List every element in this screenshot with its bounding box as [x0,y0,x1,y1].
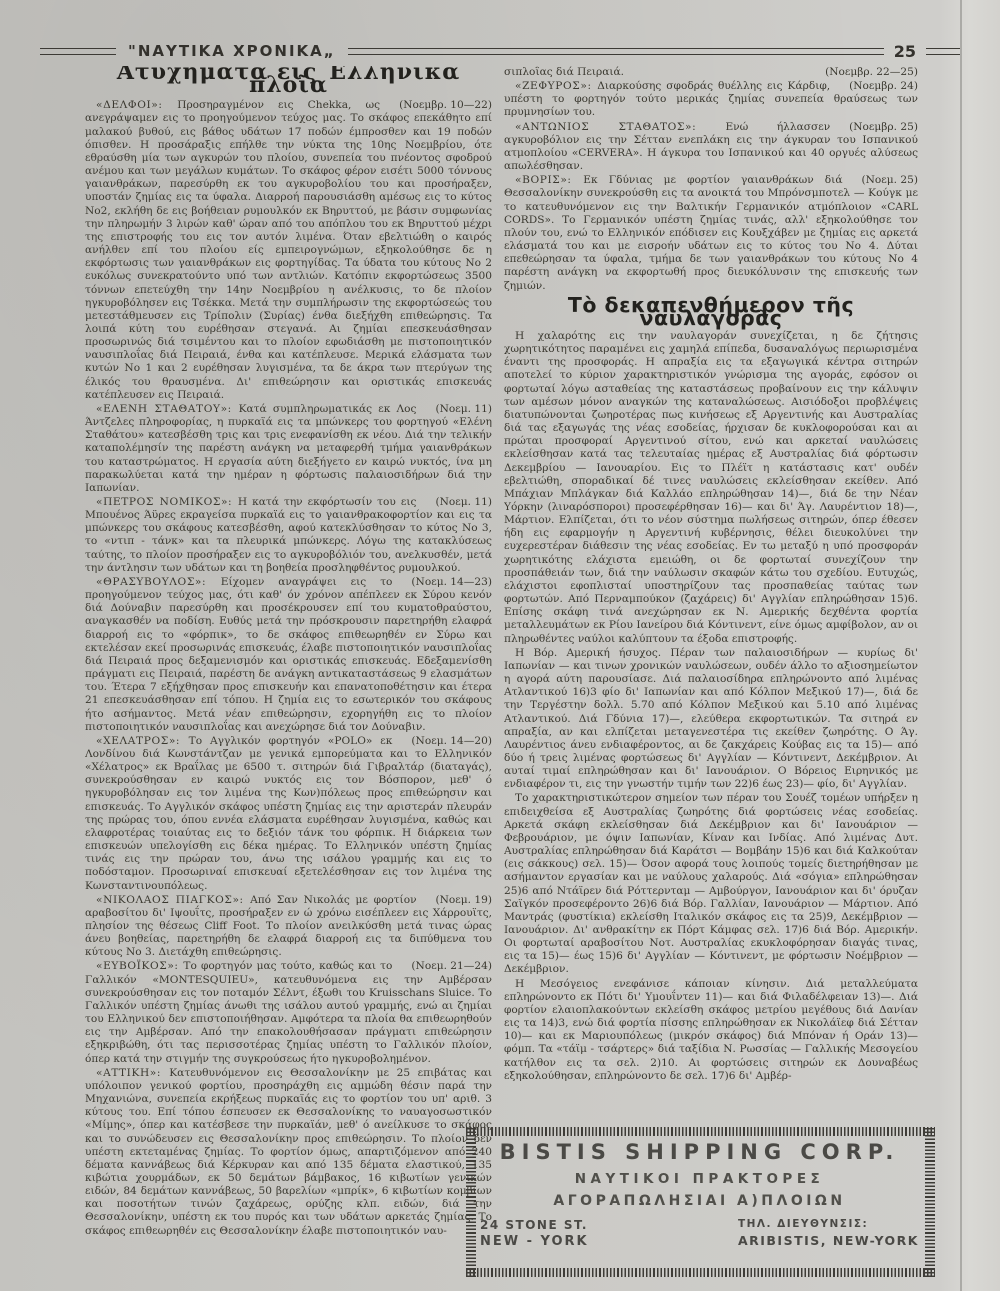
article-date: (Νοεμβρ. 10—22) [380,99,492,112]
magazine-page: "ΝΑΥΤΙΚΑ ΧΡΟΝΙΚΑ„ 25 Ἀτυχήματα εἰς Ἑλλην… [0,0,1000,1291]
freight-paragraph-4: Η Μεσόγειος ενεφάνισε κάποιαν κίνησιν. Δ… [504,978,918,1083]
freight-paragraph-3: Το χαρακτηριστικώτερον σημείον των πέραν… [504,792,918,976]
ship-name: «ΒΟΡΙΣ»: [515,174,583,186]
ad-company-name: BISTIS SHIPPING CORP. [480,1140,919,1164]
page-edge [960,0,962,1291]
ad-border-left [466,1127,476,1277]
article-date: (Νοεμβρ. 22—25) [817,66,918,79]
continuation-text: σιπλοΐας διά Πειραιά. [504,66,624,78]
ad-border-right [925,1127,935,1277]
ad-border-top [466,1127,935,1136]
article-date: (Νοεμ. 14—20) [392,735,492,748]
continuation-paragraph: (Νοεμβρ. 22—25)σιπλοΐας διά Πειραιά. [504,66,918,79]
freight-paragraph-2: Η Βόρ. Αμερική ήσυχος. Πέραν των παλαιοσ… [504,647,918,792]
ad-subtitle-2: ΑΓΟΡΑΠΩΛΗΣΙΑΙ Α)ΠΛΟΙΩΝ [480,1193,919,1209]
rule-middle [348,48,884,55]
ship-name: «ΠΕΤΡΟΣ ΝΟΜΙΚΟΣ»: [96,496,238,508]
ship-name: «ΕΥΒΟΪΚΟΣ»: [96,960,183,972]
ship-name: «ΑΝΤΩΝΙΟΣ ΣΤΑΘΑΤΟΣ»: [515,121,725,133]
accidents-heading: Ἀτυχήματα εἰς Ἑλληνικὰ πλοῖα [85,66,492,92]
article-date: (Νοεμ. 21—24) [392,960,492,973]
article-date: (Νοεμβρ. 25) [830,121,918,134]
ship-name: «ΕΛΕΝΗ ΣΤΑΘΑΤΟΥ»: [96,403,239,415]
article-chelatros: «ΧΕΛΑΤΡΟΣ»:(Νοεμ. 14—20)Το Αγγλικόν φορτ… [85,735,492,893]
running-head: "ΝΑΥΤΙΚΑ ΧΡΟΝΙΚΑ„ 25 [40,40,960,62]
page-number: 25 [884,42,926,61]
article-thrasyvoulos: «ΘΡΑΣΥΒΟΥΛΟΣ»:(Νοεμ. 14—23)Είχομεν αναγρ… [85,576,492,734]
left-column: Ἀτυχήματα εἰς Ἑλληνικὰ πλοῖα «ΔΕΛΦΟΙ»:(Ν… [85,66,492,1276]
right-column: (Νοεμβρ. 22—25)σιπλοΐας διά Πειραιά. «ΖΕ… [504,66,918,1124]
masthead-title: "ΝΑΥΤΙΚΑ ΧΡΟΝΙΚΑ„ [116,42,348,60]
ship-name: «ΑΤΤΙΚΗ»: [96,1067,169,1079]
freight-market-heading: Τὸ δεκαπενθήμερον τῆς ναυλαγορᾶς [504,299,918,325]
ad-address: 24 STONE ST. NEW - YORK [480,1218,589,1249]
rule-left [40,48,116,55]
ad-contact-row: 24 STONE ST. NEW - YORK ΤΗΛ. ΔΙΕΥΘΥΝΣΙΣ:… [480,1218,919,1249]
article-date: (Νοεμ. 19) [416,894,492,907]
article-text: Κατά συμπληρωματικάς εκ Λος Άντζελες πλη… [85,403,492,494]
article-date: (Νοεμ. 25) [842,174,918,187]
ad-content: BISTIS SHIPPING CORP. ΝΑΥΤΙΚΟΙ ΠΡΑΚΤΟΡΕΣ… [480,1138,919,1266]
article-date: (Νοεμ. 14—23) [392,576,492,589]
article-text: Το φορτηγόν μας τούτο, καθώς και το Γαλλ… [85,960,492,1064]
article-text: Προσηραγμένον εις Chekka, ως ανεγράψαμεν… [85,99,492,400]
article-text: Το Αγγλικόν φορτηγόν «POLO» εκ Λονδίνου … [85,735,492,892]
article-evvoikos: «ΕΥΒΟΪΚΟΣ»:(Νοεμ. 21—24)Το φορτηγόν μας … [85,960,492,1065]
ad-telegraph: ΤΗΛ. ΔΙΕΥΘΥΝΣΙΣ: ARIBISTIS, NEW-YORK [738,1218,919,1249]
ship-name: «ΧΕΛΑΤΡΟΣ»: [96,735,189,747]
article-text: Εκ Γδύνιας με φορτίον γαιανθράκων διά Θε… [504,174,918,291]
bistis-advertisement: BISTIS SHIPPING CORP. ΝΑΥΤΙΚΟΙ ΠΡΑΚΤΟΡΕΣ… [466,1127,935,1277]
ship-name: «ΘΡΑΣΥΒΟΥΛΟΣ»: [96,576,221,588]
article-eleni-stathatou: «ΕΛΕΝΗ ΣΤΑΘΑΤΟΥ»:(Νοεμ. 11)Κατά συμπληρω… [85,403,492,495]
ad-address-city: NEW - YORK [480,1234,589,1249]
ad-border-bottom [466,1268,935,1277]
ship-name: «ΔΕΛΦΟΙ»: [96,99,177,111]
ship-name: «ΖΕΦΥΡΟΣ»: [515,80,597,92]
ad-telegraph-label: ΤΗΛ. ΔΙΕΥΘΥΝΣΙΣ: [738,1218,919,1230]
article-text: Είχομεν αναγράψει εις το προηγούμενον τε… [85,576,492,733]
article-nikolaos-piagkos: «ΝΙΚΟΛΑΟΣ ΠΙΑΓΚΟΣ»:(Νοεμ. 19)Από Σαν Νικ… [85,894,492,960]
article-date: (Νοεμ. 11) [416,496,492,509]
article-antonios-stathatos: «ΑΝΤΩΝΙΟΣ ΣΤΑΘΑΤΟΣ»:(Νοεμβρ. 25)Ενώ ήλλα… [504,121,918,174]
article-petros-nomikos: «ΠΕΤΡΟΣ ΝΟΜΙΚΟΣ»:(Νοεμ. 11)Η κατά την εκ… [85,496,492,575]
article-zefyros: «ΖΕΦΥΡΟΣ»:(Νοεμβρ. 24)Διαρκούσης σφοδράς… [504,80,918,119]
article-date: (Νοεμ. 11) [416,403,492,416]
article-delfoi: «ΔΕΛΦΟΙ»:(Νοεμβρ. 10—22)Προσηραγμένον ει… [85,99,492,402]
ad-telegraph-value: ARIBISTIS, NEW-YORK [738,1233,919,1248]
freight-paragraph-1: Η χαλαρότης εις την ναυλαγοράν συνεχίζετ… [504,330,918,646]
ad-subtitle-1: ΝΑΥΤΙΚΟΙ ΠΡΑΚΤΟΡΕΣ [480,1171,919,1187]
ship-name: «ΝΙΚΟΛΑΟΣ ΠΙΑΓΚΟΣ»: [96,894,250,906]
rule-right [926,48,960,55]
article-attiki: «ΑΤΤΙΚΗ»:Κατευθυνόμενον εις Θεσσαλονίκην… [85,1067,492,1238]
ad-address-street: 24 STONE ST. [480,1218,589,1232]
article-text: Κατευθυνόμενον εις Θεσσαλονίκην με 25 επ… [85,1067,492,1237]
article-boris: «ΒΟΡΙΣ»:(Νοεμ. 25)Εκ Γδύνιας με φορτίον … [504,174,918,292]
article-date: (Νοεμβρ. 24) [830,80,918,93]
